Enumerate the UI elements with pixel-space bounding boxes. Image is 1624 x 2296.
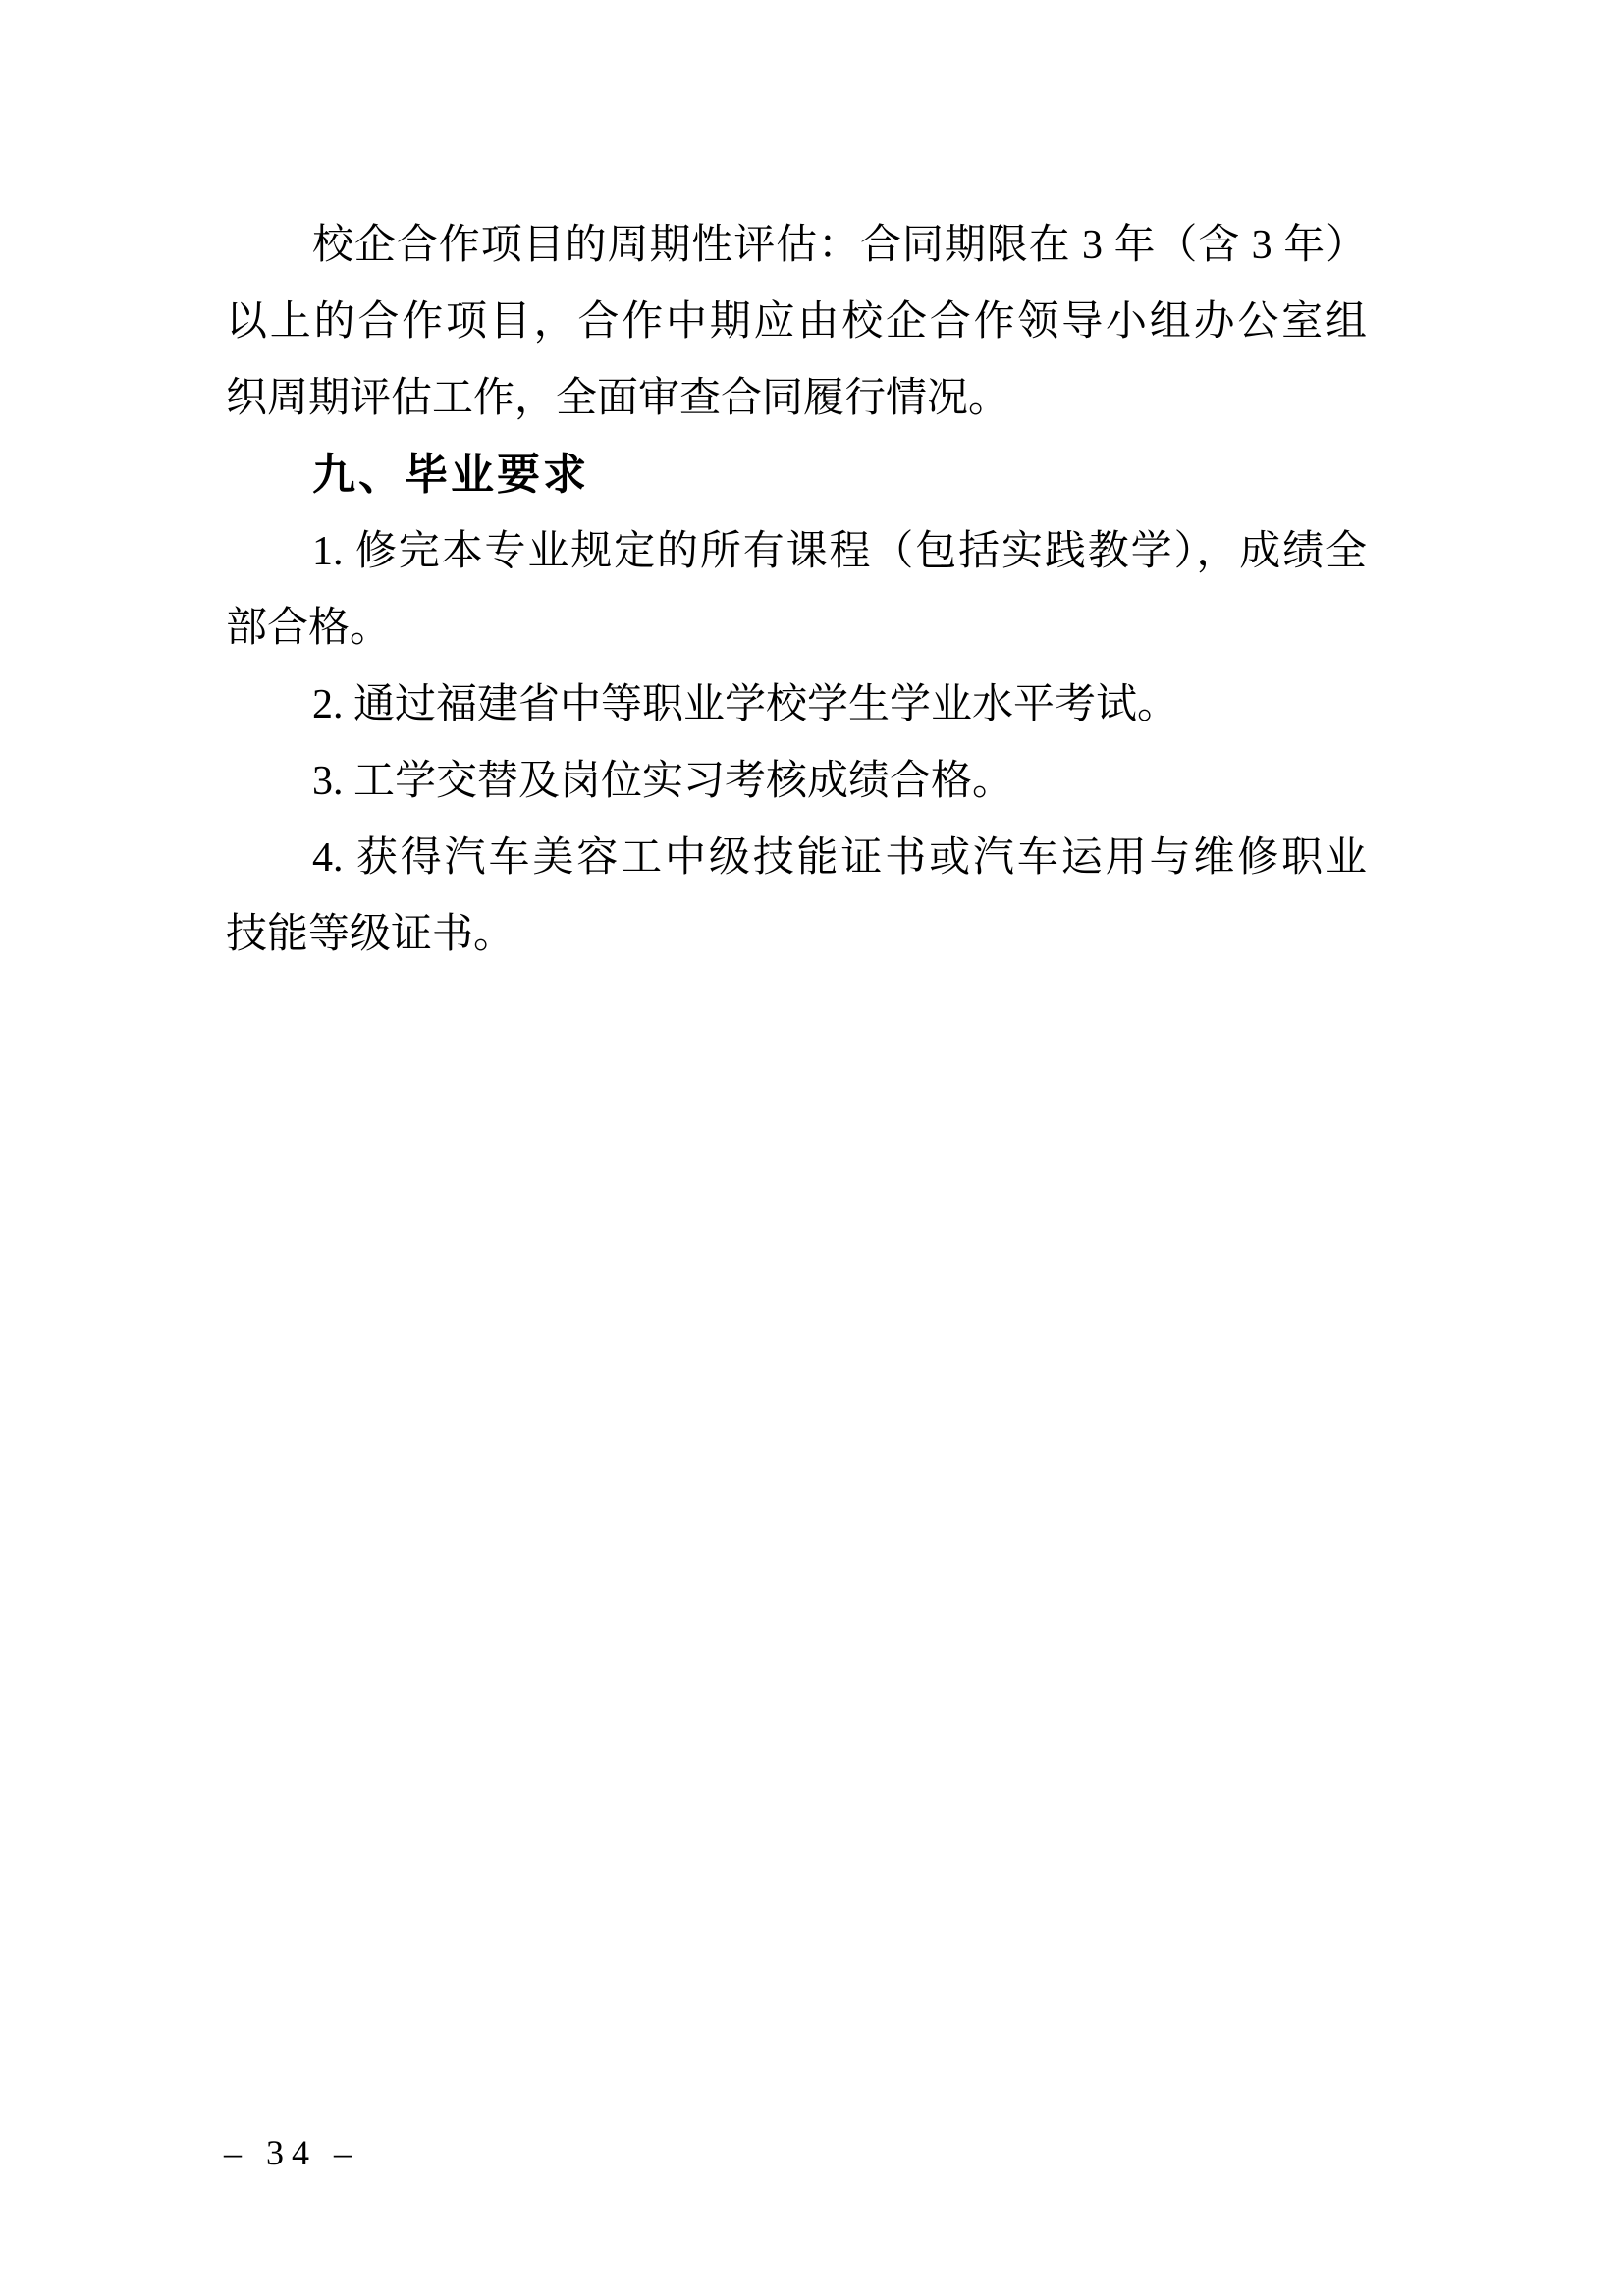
document-body: 校企合作项目的周期性评估：合同期限在 3 年（含 3 年） 以上的合作项目，合作… [226, 207, 1367, 973]
paragraph-evaluation-line-2: 以上的合作项目，合作中期应由校企合作领导小组办公室组 [226, 284, 1367, 360]
paragraph-evaluation-line-3: 织周期评估工作，全面审查合同履行情况。 [226, 360, 1367, 437]
requirement-item-4-line-1: 4. 获得汽车美容工中级技能证书或汽车运用与维修职业 [226, 820, 1367, 896]
requirement-item-1-line-2: 部合格。 [226, 590, 1367, 667]
section-heading-graduation-requirements: 九、毕业要求 [226, 437, 1367, 513]
requirement-item-4-line-2: 技能等级证书。 [226, 896, 1367, 973]
document-page-background: { "page": { "background_color": "#ffffff… [0, 0, 1624, 2296]
requirement-item-2: 2. 通过福建省中等职业学校学生学业水平考试。 [226, 667, 1367, 743]
page-number: – 34 – [224, 2132, 359, 2173]
document-page: 校企合作项目的周期性评估：合同期限在 3 年（含 3 年） 以上的合作项目，合作… [0, 0, 1624, 2296]
requirement-item-1-line-1: 1. 修完本专业规定的所有课程（包括实践教学），成绩全 [226, 513, 1367, 590]
requirement-item-3: 3. 工学交替及岗位实习考核成绩合格。 [226, 743, 1367, 820]
paragraph-evaluation-line-1: 校企合作项目的周期性评估：合同期限在 3 年（含 3 年） [226, 207, 1367, 284]
